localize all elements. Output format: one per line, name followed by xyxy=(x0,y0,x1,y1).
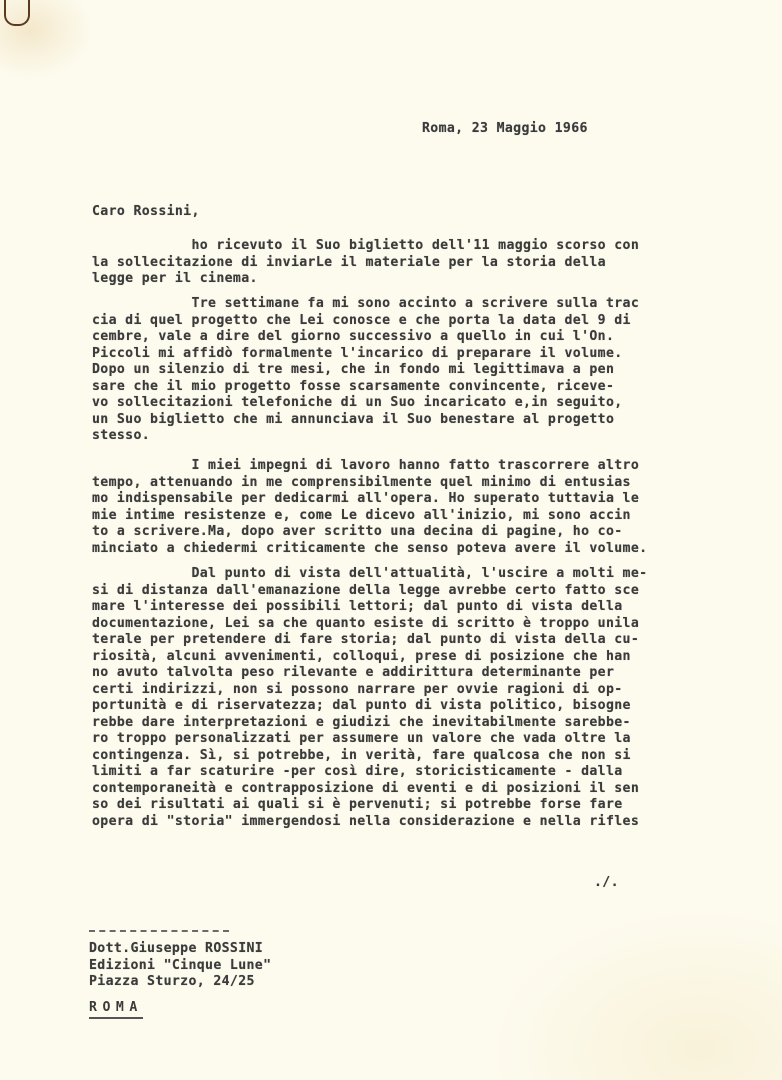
recipient-address: Dott.Giuseppe ROSSINI Edizioni "Cinque L… xyxy=(89,941,271,991)
address-line: Dott.Giuseppe ROSSINI xyxy=(89,941,271,958)
text-line: no avuto talvolta peso rilevante e addir… xyxy=(92,665,732,682)
text-line: mo indispensabile per dedicarmi all'oper… xyxy=(92,491,732,508)
text-line: opera di "storia" immergendosi nella con… xyxy=(92,814,732,831)
text-line: so dei risultati ai quali si è pervenuti… xyxy=(92,797,732,814)
text-line: certi indirizzi, non si possono narrare … xyxy=(92,682,732,699)
text-line: vo sollecitazioni telefoniche di un Suo … xyxy=(92,395,732,412)
text-line: documentazione, Lei sa che quanto esiste… xyxy=(92,616,732,633)
text-line: mare l'interesse dei possibili lettori; … xyxy=(92,599,732,616)
text-line: I miei impegni di lavoro hanno fatto tra… xyxy=(92,458,732,475)
text-line: mie intime resistenze e, come Le dicevo … xyxy=(92,508,732,525)
text-line: riosità, alcuni avvenimenti, colloqui, p… xyxy=(92,649,732,666)
text-line: minciato a chiedermi criticamente che se… xyxy=(92,541,732,558)
text-line: terale per pretendere di fare storia; da… xyxy=(92,632,732,649)
text-line: si di distanza dall'emanazione della leg… xyxy=(92,583,732,600)
paragraph-2: Tre settimane fa mi sono accinto a scriv… xyxy=(92,296,732,445)
text-line: contingenza. Sì, si potrebbe, in verità,… xyxy=(92,748,732,765)
text-line: stesso. xyxy=(92,428,732,445)
text-line: sare che il mio progetto fosse scarsamen… xyxy=(92,379,732,396)
text-line: la sollecitazione di inviarLe il materia… xyxy=(92,255,732,272)
text-line: tempo, attenuando in me comprensibilment… xyxy=(92,475,732,492)
text-line: Dopo un silenzio di tre mesi, che in fon… xyxy=(92,362,732,379)
continuation-mark: ./. xyxy=(594,875,619,892)
text-line: ro troppo personalizzati per assumere un… xyxy=(92,731,732,748)
text-line: contemporaneità e contrapposizione di ev… xyxy=(92,781,732,798)
paragraph-1: ho ricevuto il Suo biglietto dell'11 mag… xyxy=(92,238,732,288)
text-line: cia di quel progetto che Lei conosce e c… xyxy=(92,313,732,330)
text-line: un Suo biglietto che mi annunciava il Su… xyxy=(92,412,732,429)
recipient-city: ROMA xyxy=(89,1000,143,1019)
letter-page: Roma, 23 Maggio 1966 Caro Rossini, ho ri… xyxy=(0,0,782,1080)
text-line: portunità e di riservatezza; dal punto d… xyxy=(92,698,732,715)
address-line: Edizioni "Cinque Lune" xyxy=(89,958,271,975)
separator-rule xyxy=(89,930,229,932)
text-line: ho ricevuto il Suo biglietto dell'11 mag… xyxy=(92,238,732,255)
text-line: rebbe dare interpretazioni e giudizi che… xyxy=(92,715,732,732)
paragraph-3: I miei impegni di lavoro hanno fatto tra… xyxy=(92,458,732,557)
text-line: Dal punto di vista dell'attualità, l'usc… xyxy=(92,566,732,583)
text-line: legge per il cinema. xyxy=(92,271,732,288)
paragraph-4: Dal punto di vista dell'attualità, l'usc… xyxy=(92,566,732,830)
text-line: Piccoli mi affidò formalmente l'incarico… xyxy=(92,346,732,363)
address-line: Piazza Sturzo, 24/25 xyxy=(89,974,271,991)
salutation: Caro Rossini, xyxy=(92,204,200,221)
text-line: to a scrivere.Ma, dopo aver scritto una … xyxy=(92,524,732,541)
text-line: Tre settimane fa mi sono accinto a scriv… xyxy=(92,296,732,313)
paperclip-mark xyxy=(4,0,30,26)
text-line: cembre, vale a dire del giorno successiv… xyxy=(92,329,732,346)
text-line: limiti a far scaturire -per così dire, s… xyxy=(92,764,732,781)
letter-date: Roma, 23 Maggio 1966 xyxy=(422,121,588,138)
